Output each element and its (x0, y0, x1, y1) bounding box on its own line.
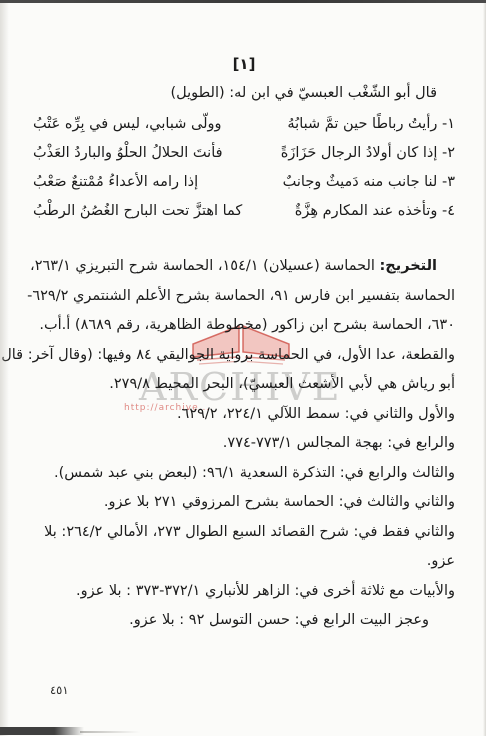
takhrij-line: والثاني فقط في: شرح القصائد السبع الطوال… (33, 518, 455, 548)
takhrij-line: التخريج: الحماسة (عسيلان) ١٥٤/١، الحماسة… (33, 252, 455, 282)
scan-bottom-shadow (0, 727, 84, 735)
poem-number-heading: [١] (33, 55, 455, 73)
takhrij-label: التخريج: (380, 258, 438, 274)
takhrij-line: عزو. (33, 547, 455, 577)
verse-second-hemistich: فأنتَ الحلالُ الحلْوُ والباردُ العَذْبُ (33, 139, 223, 168)
takhrij-line: والقطعة، عدا الأول، في الحماسة برواية ال… (33, 341, 455, 371)
takhrij-line: والأول والثاني في: سمط اللآلي ٢٢٤/١، ٦٢٩… (33, 400, 455, 430)
page-number: ٤٥١ (50, 683, 69, 697)
takhrij-section: التخريج: الحماسة (عسيلان) ١٥٤/١، الحماسة… (33, 252, 455, 636)
scan-bottom-shadow-faint (80, 731, 140, 733)
verse-first-hemistich: ٣- لنا جانب منه دَميثٌ وجانبٌ (283, 168, 455, 197)
verse-first-hemistich: ٢- إذا كان أولادُ الرجال حَزَازَةً (281, 139, 455, 168)
page-content: [١] قال أبو الشّغْب العبسيّ في ابن له: (… (33, 55, 455, 636)
poem-verse: ١- رأيتُ رباطًا حين تمَّ شبابُهُ وولّى ش… (33, 110, 455, 139)
verse-second-hemistich: كما اهتزَّ تحت البارح الغُصُنُ الرطْبُ (33, 197, 242, 226)
poem-verse: ٢- إذا كان أولادُ الرجال حَزَازَةً فأنتَ… (33, 139, 455, 168)
verse-first-hemistich: ١- رأيتُ رباطًا حين تمَّ شبابُهُ (287, 110, 455, 139)
poem-block: ١- رأيتُ رباطًا حين تمَّ شبابُهُ وولّى ش… (33, 110, 455, 226)
takhrij-line: أبو رياش هي لأبي الأشعث العبسيّ)، البحر … (33, 370, 455, 400)
takhrij-line: والثالث والرابع في: التذكرة السعدية ٩٦/١… (33, 459, 455, 489)
takhrij-line: الحماسة بتفسير ابن فارس ٩١، الحماسة بشرح… (33, 282, 455, 312)
takhrij-line: والأبيات مع ثلاثة أخرى في: الزاهر للأنبا… (33, 577, 455, 607)
scan-left-edge (0, 0, 9, 736)
scanned-book-page: ARCHIVE http://archive... [١] قال أبو ال… (0, 0, 486, 736)
verse-second-hemistich: إذا رامه الأعداءُ مُمْتنعٌ صَعْبُ (33, 168, 198, 197)
takhrij-line: وعجز البيت الرابع في: حسن التوسل ٩٢ : بل… (33, 606, 455, 636)
verse-first-hemistich: ٤- وتأخذه عند المكارم هِزَّةٌ (295, 197, 455, 226)
scan-top-edge (0, 0, 486, 3)
takhrij-line: والثاني والثالث في: الحماسة بشرح المرزوق… (33, 488, 455, 518)
takhrij-line: ٦٣٠، الحماسة بشرح ابن زاكور (مخطوطة الظا… (33, 311, 455, 341)
poem-attribution: قال أبو الشّغْب العبسيّ في ابن له: (الطو… (33, 81, 455, 105)
takhrij-line: والرابع في: بهجة المجالس ٧٧٣/١-٧٧٤. (33, 429, 455, 459)
poem-verse: ٤- وتأخذه عند المكارم هِزَّةٌ كما اهتزَّ… (33, 197, 455, 226)
verse-second-hemistich: وولّى شبابي، ليس في بِرِّه عَتْبُ (33, 110, 222, 139)
poem-verse: ٣- لنا جانب منه دَميثٌ وجانبٌ إذا رامه ا… (33, 168, 455, 197)
takhrij-line-text: الحماسة (عسيلان) ١٥٤/١، الحماسة شرح التب… (30, 258, 375, 274)
